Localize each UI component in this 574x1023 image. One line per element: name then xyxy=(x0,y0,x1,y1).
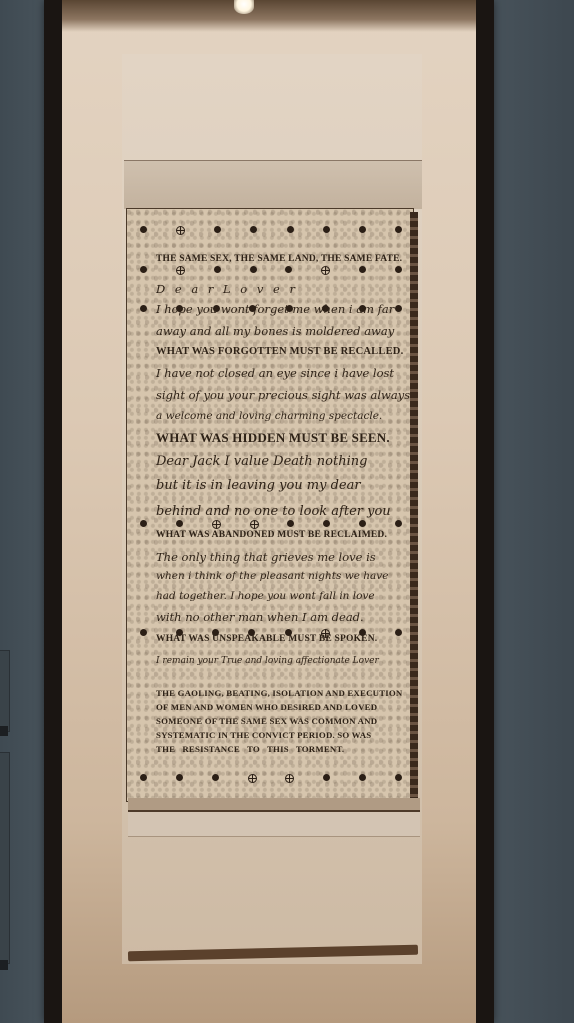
closing-line: OF MEN AND WOMEN WHO DESIRED AND LOVED xyxy=(156,702,377,712)
statement-line: WHAT WAS UNSPEAKABLE MUST BE SPOKEN. xyxy=(156,634,377,644)
rivet-row xyxy=(140,226,402,235)
signoff-line: I remain your True and loving affectiona… xyxy=(156,656,379,666)
letter-line: Dear Jack I value Death nothing xyxy=(156,454,367,469)
rivet-row xyxy=(140,266,402,275)
letter-line: away and all my bones is moldered away xyxy=(156,324,394,338)
plate-bottom-edge xyxy=(128,798,420,812)
closing-line: THE RESISTANCE TO THIS TORMENT. xyxy=(156,744,344,754)
letter-line: a welcome and loving charming spectacle. xyxy=(156,410,382,422)
rivet-row xyxy=(140,774,402,783)
wall-panel-tab xyxy=(0,960,8,970)
print-upper-band xyxy=(124,160,422,209)
statement-line: WHAT WAS HIDDEN MUST BE SEEN. xyxy=(156,430,390,446)
frame-shadow xyxy=(62,0,476,32)
rivet-row xyxy=(140,520,402,529)
statement-line: WHAT WAS ABANDONED MUST BE RECLAIMED. xyxy=(156,530,387,540)
wall-panel-tab xyxy=(0,726,8,736)
plate-edge xyxy=(410,212,418,808)
print-lower-band xyxy=(128,812,420,837)
letter-line: sight of you your precious sight was alw… xyxy=(156,388,410,402)
letter-line: I hope you wont forget me when i am far xyxy=(156,302,394,316)
statement-line: WHAT WAS FORGOTTEN MUST BE RECALLED. xyxy=(156,346,403,357)
wall-display-panel-lower xyxy=(0,752,10,964)
letter-line: but it is in leaving you my dear xyxy=(156,478,361,493)
letter-line: had together. I hope you wont fall in lo… xyxy=(156,590,375,602)
salutation: D e a r L o v e r xyxy=(156,282,298,296)
wall-display-panel-upper xyxy=(0,650,10,732)
letter-line: behind and no one to look after you xyxy=(156,504,391,519)
letter-line: I have not closed an eye since i have lo… xyxy=(156,366,394,380)
letter-line: with no other man when I am dead. xyxy=(156,610,364,624)
closing-line: SYSTEMATIC IN THE CONVICT PERIOD. SO WAS xyxy=(156,730,371,740)
closing-line: SOMEONE OF THE SAME SEX WAS COMMON AND xyxy=(156,716,377,726)
header-line: THE SAME SEX, THE SAME LAND, THE SAME FA… xyxy=(156,254,402,264)
letter-line: The only thing that grieves me love is xyxy=(156,550,376,564)
letter-line: when i think of the pleasant nights we h… xyxy=(156,570,388,582)
closing-line: THE GAOLING, BEATING, ISOLATION AND EXEC… xyxy=(156,688,402,698)
spotlight-reflection xyxy=(234,0,254,14)
